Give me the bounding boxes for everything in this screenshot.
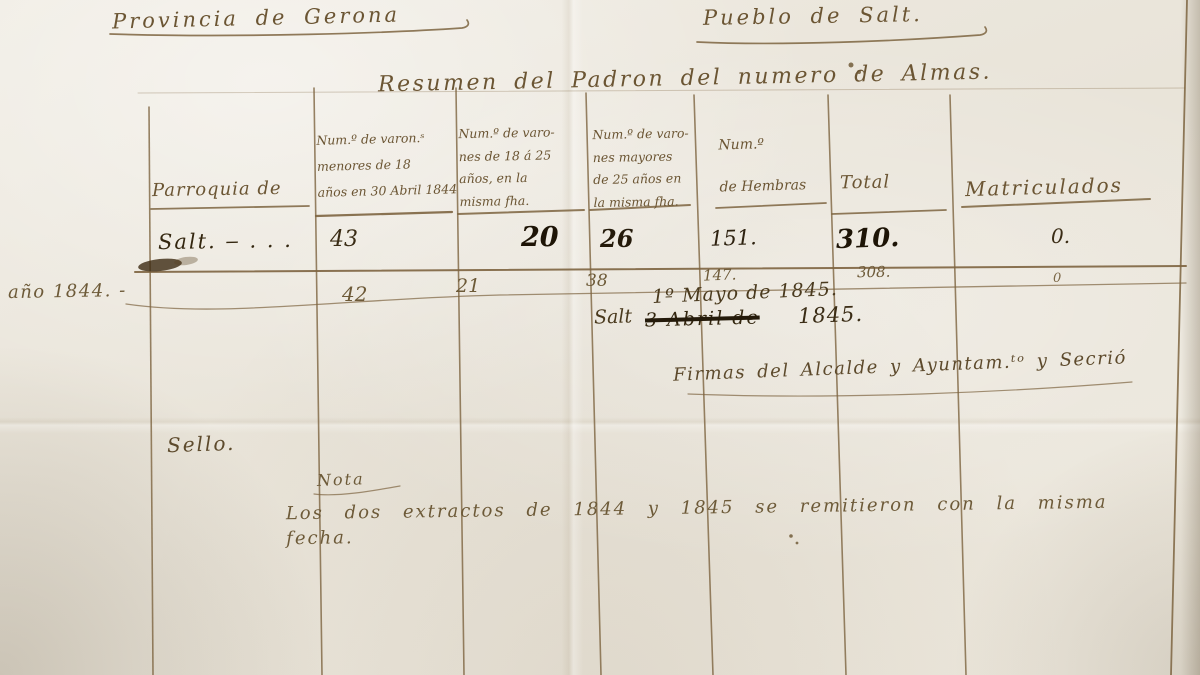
table-cell: 310. — [835, 220, 900, 259]
date-struck-text: 3 Abril de — [645, 305, 760, 335]
date-place: Salt — [594, 303, 633, 331]
column-header-males-over25: Num.º de varo- nes mayores de 25 años en… — [592, 122, 716, 214]
date-year: 1845. — [798, 300, 864, 332]
column-header-females: Num.º de Hembras — [718, 133, 832, 199]
table-cell: 0. — [1051, 222, 1070, 250]
town-label: Pueblo de Salt. — [703, 0, 923, 33]
table-cell: 43 — [330, 225, 358, 256]
column-header-total: Total — [840, 170, 891, 196]
column-header-males-18to25: Num.º de varo- nes de 18 á 25 años, en l… — [458, 121, 590, 213]
table-cell: 151. — [710, 223, 758, 254]
table-cell: 38 — [586, 270, 608, 294]
table-cell: 0 — [1053, 270, 1061, 288]
ink-smudge — [137, 255, 198, 273]
table-cell: 20 — [521, 219, 559, 257]
table-cell: 21 — [456, 273, 480, 300]
table-ruling-lines — [0, 0, 1200, 675]
column-header-matriculados: Matriculados — [965, 171, 1124, 203]
table-cell: 42 — [342, 280, 367, 308]
table-cell: 26 — [600, 222, 633, 256]
seal-label: Sello. — [167, 429, 236, 459]
margin-note-year: año 1844. - — [8, 278, 127, 305]
column-header-parish: Parroquia de — [152, 176, 282, 203]
table-cell: 308. — [857, 262, 891, 284]
note-label: Nota — [317, 468, 365, 492]
document-scan: Provincia de Gerona Pueblo de Salt. Resu… — [0, 0, 1200, 675]
table-cell-parish-name: Salt. ‒ . . . — [158, 226, 293, 258]
column-header-males-under18: Num.º de varon.ˢ menores de 18 años en 3… — [316, 124, 458, 206]
